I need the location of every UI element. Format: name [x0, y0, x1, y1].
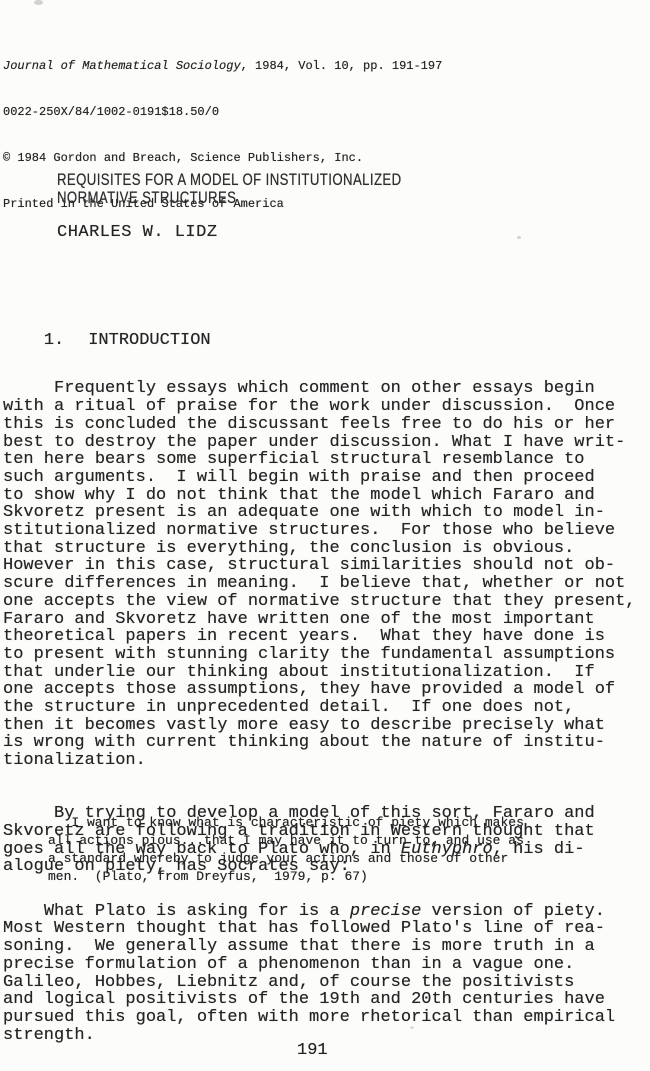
paragraph-3: What Plato is asking for is a precise ve…	[3, 885, 615, 1062]
journal-name: Journal of Mathematical Sociology	[3, 59, 241, 73]
page-number: 191	[297, 1042, 328, 1060]
paragraph-3-text: What Plato is asking for is a	[44, 902, 350, 921]
paper-title-line-1: REQUISITES FOR A MODEL OF INSTITUTIONALI…	[57, 171, 402, 189]
scan-artifact-top	[34, 0, 43, 5]
scan-artifact-middle	[517, 236, 521, 239]
copyright-line: © 1984 Gordon and Breach, Science Publis…	[3, 151, 442, 166]
author-name: CHARLES W. LIDZ	[57, 224, 218, 242]
precise-italic: precise	[350, 902, 421, 921]
journal-header-block: Journal of Mathematical Sociology, 1984,…	[3, 28, 442, 244]
paper-title-line-2: NORMATIVE STRUCTURES	[57, 189, 402, 207]
paper-title: REQUISITES FOR A MODEL OF INSTITUTIONALI…	[57, 171, 402, 207]
paragraph-3-text-end: version of piety. Most Western thought t…	[3, 902, 615, 1045]
block-quote: I want to know what is characteristic of…	[48, 814, 524, 886]
scanned-paper-page: Journal of Mathematical Sociology, 1984,…	[0, 0, 650, 1071]
journal-citation-line: Journal of Mathematical Sociology, 1984,…	[3, 59, 442, 74]
paragraph-1: Frequently essays which comment on other…	[3, 380, 636, 769]
journal-volume-pages: , 1984, Vol. 10, pp. 191-197	[241, 59, 443, 73]
issn-price-line: 0022-250X/84/1002-0191$18.50/0	[3, 105, 442, 120]
